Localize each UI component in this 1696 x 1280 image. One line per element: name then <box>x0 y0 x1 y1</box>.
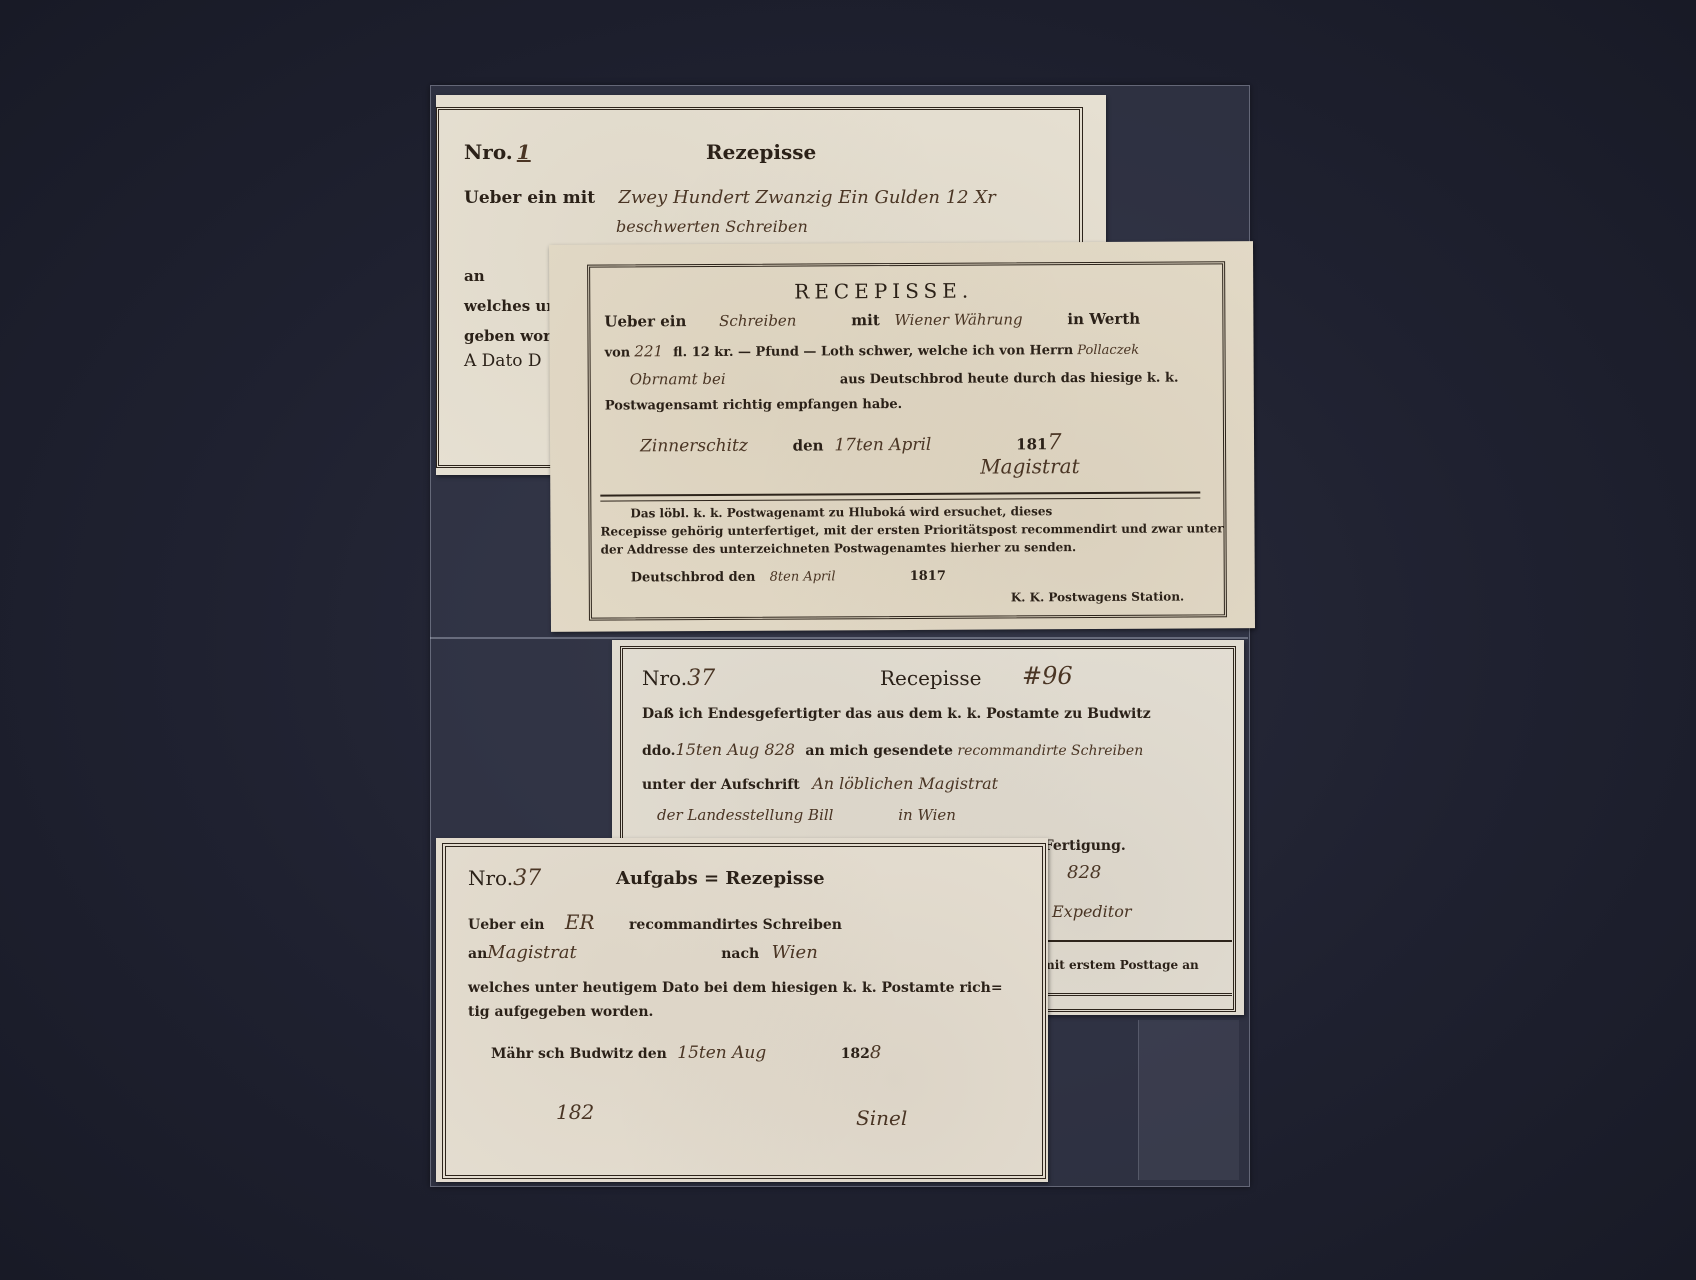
divider-rule <box>1042 993 1232 996</box>
signature: Sinel <box>856 1106 907 1130</box>
receipt-line: anMagistrat nach Wien <box>468 942 818 963</box>
receipt-number: Nro.37 <box>642 666 715 691</box>
fee-handwritten: 182 <box>556 1100 594 1124</box>
receipt-line: tig aufgegeben worden. <box>468 1004 653 1020</box>
receipt-line: Ueber ein ER recommandirtes Schreiben <box>468 910 842 934</box>
footer-line: Das löbl. k. k. Postwagenamt zu Hluboká … <box>630 504 1052 520</box>
divider-rule <box>1042 940 1232 942</box>
receipt-title: Recepisse <box>880 666 982 690</box>
receipt-line: Ueber ein mit Zwey Hundert Zwanzig Ein G… <box>464 187 996 208</box>
receipt-line: Zinnerschitz den 17ten April 1817 <box>640 430 1062 457</box>
receipt-line: ddo.15ten Aug 828 an mich gesendete reco… <box>642 740 1143 759</box>
footer-line: mit erstem Posttage an <box>1042 958 1199 972</box>
receipt-line: beschwerten Schreiben <box>616 217 808 236</box>
receipt-title: Aufgabs = Rezepisse <box>616 868 825 889</box>
receipt-line: Obrnamt bei aus Deutschbrod heute durch … <box>630 368 1179 389</box>
receipt-number: Nro.1 <box>464 140 531 164</box>
date-handwritten: 828 <box>1067 862 1101 883</box>
receipt-title: Rezepisse <box>706 140 816 164</box>
receipt-line: Ueber ein Schreiben mit Wiener Währung i… <box>604 310 1140 331</box>
aufgabs-rezepisse-nro-37: Nro.37 Aufgabs = Rezepisse Ueber ein ER … <box>436 838 1048 1182</box>
receipt-line: der Landesstellung Bill in Wien <box>657 806 956 824</box>
annotation: #96 <box>1022 662 1073 690</box>
receipt-line: Postwagensamt richtig empfangen habe. <box>605 397 902 414</box>
recepisse-1817: RECEPISSE. Ueber ein Schreiben mit Wiene… <box>549 241 1255 632</box>
receipt-line: an <box>464 267 485 285</box>
sleeve-pocket-edge <box>430 637 1248 639</box>
station-label: K. K. Postwagens Station. <box>1011 590 1184 605</box>
receipt-number: Nro.37 <box>468 866 541 891</box>
sleeve-strip <box>1138 1020 1239 1180</box>
signature: Magistrat <box>980 454 1080 479</box>
footer-date: Deutschbrod den 8ten April 1817 <box>631 569 946 586</box>
receipt-line: A Dato D <box>464 351 542 371</box>
footer-line: der Addresse des unterzeichneten Postwag… <box>601 540 1077 556</box>
receipt-line: unter der Aufschrift An löblichen Magist… <box>642 774 998 793</box>
receipt-title: RECEPISSE. <box>794 279 973 304</box>
signature: Expeditor <box>1052 902 1131 921</box>
receipt-line: Daß ich Endesgefertigter das aus dem k. … <box>642 706 1151 722</box>
receipt-line: von 221 fl. 12 kr. — Pfund — Loth schwer… <box>605 340 1140 361</box>
receipt-line: welches unter heutigem Dato bei dem hies… <box>468 980 1003 996</box>
receipt-line: Mähr sch Budwitz den 15ten Aug 1828 <box>491 1042 881 1063</box>
